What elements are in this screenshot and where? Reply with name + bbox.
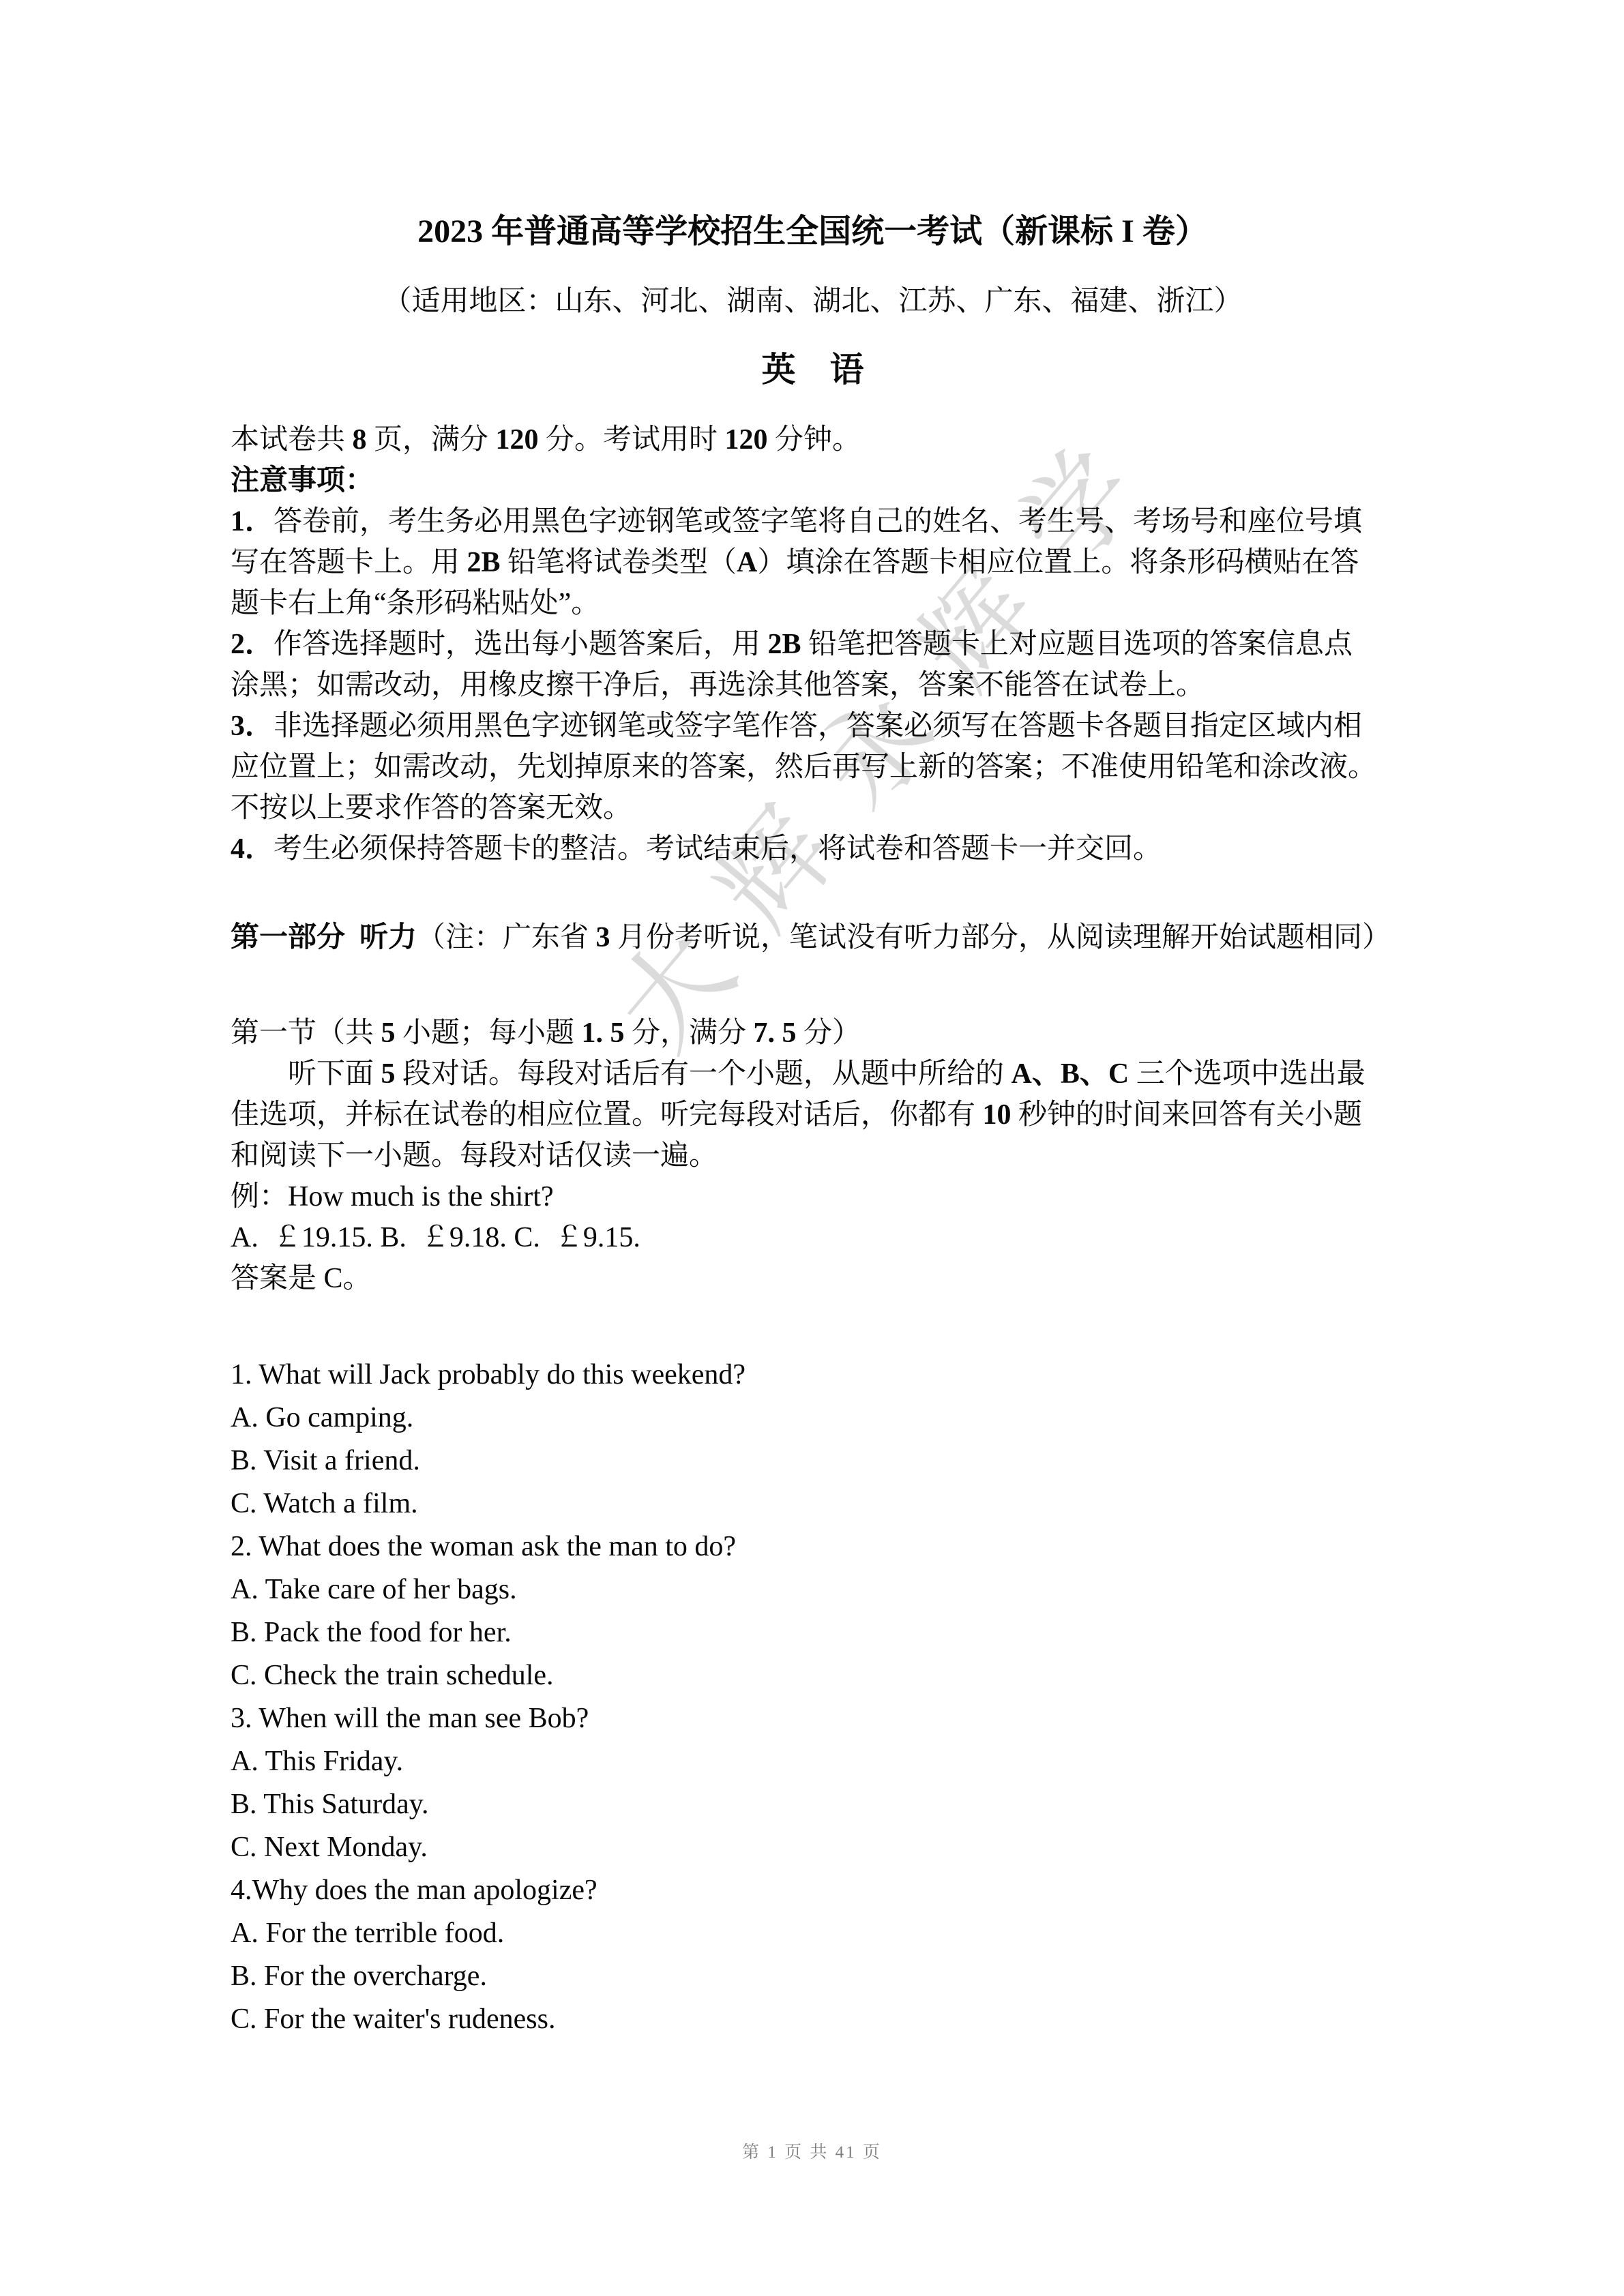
text-run: 1. What will Jack probably do this weeke…: [231, 1359, 745, 1390]
text-run: A: [737, 547, 757, 578]
exam-paper-page: 大辉永辉学 2023 年普通高等学校招生全国统一考试（新课标 I 卷） （适用地…: [0, 0, 1624, 2296]
text-run: 不按以上要求作答的答案无效。: [231, 792, 632, 824]
text-run: 秒钟的时间来回答有关小题: [1012, 1099, 1363, 1131]
text-run: 涂黑；如需改动，用橡皮擦干净后，再选涂其他答案，答案不能答在试卷上。: [231, 670, 1205, 701]
notice-2-line-2: 涂黑；如需改动，用橡皮擦干净后，再选涂其他答案，答案不能答在试卷上。: [231, 665, 1395, 706]
text-run: 注意事项：: [231, 465, 374, 496]
notice-3-line-2: 应位置上；如需改动，先划掉原来的答案，然后再写上新的答案；不准使用铅笔和涂改液。: [231, 747, 1395, 788]
vertical-spacer: [231, 1299, 1395, 1354]
section1-heading: 第一节（共 5 小题；每小题 1. 5 分，满分 7. 5 分）: [231, 1013, 1395, 1054]
text-run: 3．: [231, 711, 274, 742]
text-run: 2．: [231, 629, 274, 660]
section1-instructions-line-2: 佳选项，并标在试卷的相应位置。听完每段对话后，你都有 10 秒钟的时间来回答有关…: [231, 1094, 1395, 1135]
text-run: 4．: [231, 833, 274, 865]
option-3-b: B. This Saturday.: [231, 1783, 1395, 1826]
section1-instructions-line-1: 听下面 5 段对话。每段对话后有一个小题，从题中所给的 A、B、C 三个选项中选…: [231, 1054, 1395, 1094]
text-run: ）填涂在答题卡相应位置上。将条形码横贴在答: [757, 547, 1359, 578]
text-run: C. Check the train schedule.: [231, 1660, 554, 1691]
option-2-b: B. Pack the food for her.: [231, 1611, 1395, 1654]
text-run: 10: [983, 1099, 1012, 1131]
document-content: 2023 年普通高等学校招生全国统一考试（新课标 I 卷） （适用地区：山东、河…: [231, 0, 1395, 2041]
text-run: A. This Friday.: [231, 1746, 403, 1777]
text-run: 1. 5: [582, 1017, 625, 1049]
example-question: 例：How much is the shirt?: [231, 1176, 1395, 1217]
option-3-c: C. Next Monday.: [231, 1826, 1395, 1869]
text-run: A. Go camping.: [231, 1402, 413, 1433]
option-4-b: B. For the overcharge.: [231, 1955, 1395, 1998]
text-run: B. This Saturday.: [231, 1789, 429, 1820]
text-run: 本试卷共: [231, 424, 353, 456]
text-run: 3: [596, 922, 610, 953]
text-run: 120: [725, 424, 768, 456]
text-run: 分）: [797, 1017, 861, 1049]
text-run: 例：How much is the shirt?: [231, 1181, 554, 1212]
text-run: 分钟。: [768, 424, 861, 456]
notice-2-line-1: 2．作答选择题时，选出每小题答案后，用 2B 铅笔把答题卡上对应题目选项的答案信…: [231, 624, 1395, 665]
text-run: 第一节（共: [231, 1017, 381, 1049]
text-run: C. Next Monday.: [231, 1832, 428, 1863]
paper-info: 本试卷共 8 页，满分 120 分。考试用时 120 分钟。: [231, 419, 1395, 460]
notice-3-line-3: 不按以上要求作答的答案无效。: [231, 788, 1395, 829]
question-1: 1. What will Jack probably do this weeke…: [231, 1354, 1395, 1397]
notice-1-line-3: 题卡右上角“条形码粘贴处”。: [231, 583, 1395, 624]
text-run: 8: [353, 424, 367, 456]
text-run: 分，满分: [625, 1017, 754, 1049]
option-2-a: A. Take care of her bags.: [231, 1568, 1395, 1611]
exam-subject: 英 语: [231, 351, 1395, 389]
option-1-b: B. Visit a friend.: [231, 1440, 1395, 1482]
text-run: 段对话。每段对话后有一个小题，从题中所给的: [396, 1058, 1012, 1090]
option-1-a: A. Go camping.: [231, 1397, 1395, 1440]
text-run: 月份考听说，笔试没有听力部分，从阅读理解开始试题相同）: [610, 922, 1391, 953]
notice-1-line-1: 1．答卷前，考生务必用黑色字迹钢笔或签字笔将自己的姓名、考生号、考场号和座位号填: [231, 501, 1395, 542]
example-options: A. ￡19.15. B. ￡9.18. C. ￡9.15.: [231, 1217, 1395, 1258]
vertical-spacer: [231, 958, 1395, 1013]
text-run: 2B: [768, 629, 801, 660]
text-run: 和阅读下一小题。每段对话仅读一遍。: [231, 1140, 718, 1172]
text-run: C. For the waiter's rudeness.: [231, 2003, 555, 2035]
text-run: 答案是 C。: [231, 1263, 372, 1294]
notice-4: 4．考生必须保持答题卡的整洁。考试结束后，将试卷和答题卡一并交回。: [231, 829, 1395, 869]
text-run: 页，满分: [367, 424, 496, 456]
notice-3-line-1: 3．非选择题必须用黑色字迹钢笔或签字笔作答，答案必须写在答题卡各题目指定区域内相: [231, 706, 1395, 747]
text-run: 铅笔把答题卡上对应题目选项的答案信息点: [801, 629, 1353, 660]
text-run: C. Watch a film.: [231, 1488, 418, 1519]
text-run: 120: [496, 424, 539, 456]
text-run: 分。考试用时: [539, 424, 725, 456]
text-run: B. Pack the food for her.: [231, 1617, 512, 1648]
section1-instructions-line-3: 和阅读下一小题。每段对话仅读一遍。: [231, 1135, 1395, 1176]
exam-applicable-regions: （适用地区：山东、河北、湖南、湖北、江苏、广东、福建、浙江）: [231, 284, 1395, 319]
notice-1-line-2: 写在答题卡上。用 2B 铅笔将试卷类型（A）填涂在答题卡相应位置上。将条形码横贴…: [231, 542, 1395, 583]
question-3: 3. When will the man see Bob?: [231, 1697, 1395, 1740]
text-run: 第一部分 听力: [231, 922, 417, 953]
option-2-c: C. Check the train schedule.: [231, 1654, 1395, 1697]
part1-heading: 第一部分 听力（注：广东省 3 月份考听说，笔试没有听力部分，从阅读理解开始试题…: [231, 917, 1395, 958]
option-4-a: A. For the terrible food.: [231, 1912, 1395, 1955]
text-run: 佳选项，并标在试卷的相应位置。听完每段对话后，你都有: [231, 1099, 983, 1131]
exam-body: 本试卷共 8 页，满分 120 分。考试用时 120 分钟。注意事项：1．答卷前…: [231, 419, 1395, 2041]
text-run: 考生必须保持答题卡的整洁。考试结束后，将试卷和答题卡一并交回。: [274, 833, 1162, 865]
text-run: 5: [381, 1058, 396, 1090]
text-run: 题卡右上角“条形码粘贴处”。: [231, 588, 600, 619]
text-run: 铅笔将试卷类型（: [501, 547, 737, 578]
text-run: 听下面: [288, 1058, 381, 1090]
text-run: 应位置上；如需改动，先划掉原来的答案，然后再写上新的答案；不准使用铅笔和涂改液。: [231, 751, 1376, 783]
text-run: B. For the overcharge.: [231, 1960, 487, 1992]
text-run: A. Take care of her bags.: [231, 1574, 517, 1605]
text-run: A、B、C: [1012, 1058, 1130, 1090]
text-run: 4.Why does the man apologize?: [231, 1875, 597, 1906]
vertical-spacer: [231, 869, 1395, 917]
text-run: 2. What does the woman ask the man to do…: [231, 1531, 736, 1562]
example-answer: 答案是 C。: [231, 1258, 1395, 1299]
page-number-footer: 第 1 页 共 41 页: [0, 2138, 1624, 2163]
text-run: A. For the terrible food.: [231, 1918, 504, 1949]
text-run: B. Visit a friend.: [231, 1445, 420, 1476]
text-run: （注：广东省: [417, 922, 596, 953]
text-run: 写在答题卡上。用: [231, 547, 467, 578]
text-run: 7. 5: [754, 1017, 797, 1049]
text-run: 5: [381, 1017, 396, 1049]
option-4-c: C. For the waiter's rudeness.: [231, 1998, 1395, 2041]
text-run: 3. When will the man see Bob?: [231, 1703, 589, 1734]
option-1-c: C. Watch a film.: [231, 1482, 1395, 1525]
question-4: 4.Why does the man apologize?: [231, 1869, 1395, 1912]
text-run: 非选择题必须用黑色字迹钢笔或签字笔作答，答案必须写在答题卡各题目指定区域内相: [274, 711, 1362, 742]
question-2: 2. What does the woman ask the man to do…: [231, 1525, 1395, 1568]
option-3-a: A. This Friday.: [231, 1740, 1395, 1783]
text-run: 三个选项中选出最: [1129, 1058, 1365, 1090]
text-run: 小题；每小题: [396, 1017, 582, 1049]
text-run: 答卷前，考生务必用黑色字迹钢笔或签字笔将自己的姓名、考生号、考场号和座位号填: [274, 506, 1362, 537]
notice-heading: 注意事项：: [231, 460, 1395, 501]
text-run: 2B: [467, 547, 501, 578]
exam-title: 2023 年普通高等学校招生全国统一考试（新课标 I 卷）: [231, 213, 1395, 251]
text-run: 1．: [231, 506, 274, 537]
text-run: A. ￡19.15. B. ￡9.18. C. ￡9.15.: [231, 1222, 640, 1253]
text-run: 作答选择题时，选出每小题答案后，用: [274, 629, 768, 660]
